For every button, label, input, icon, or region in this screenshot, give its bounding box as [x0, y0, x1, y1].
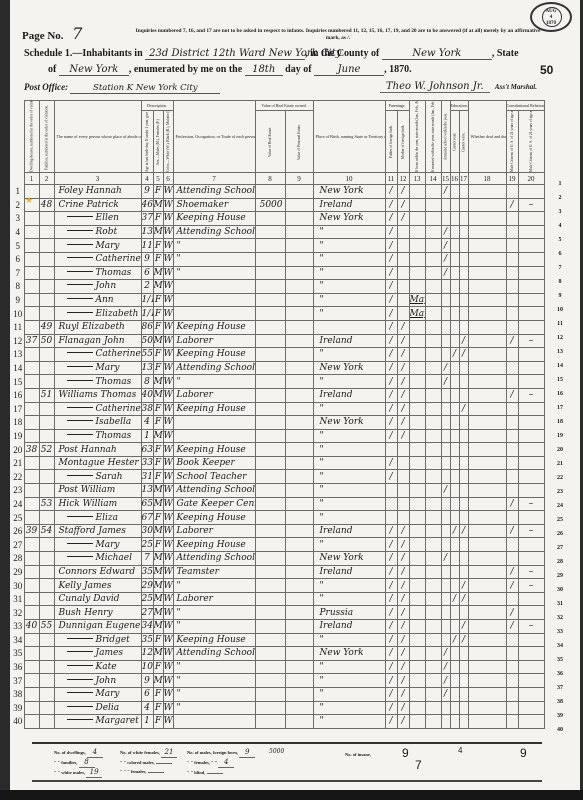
mother-foreign-cell: /: [397, 687, 409, 701]
real-estate-cell: [255, 592, 285, 606]
stamp-inner-ring: [542, 7, 562, 27]
sex-cell: M: [153, 198, 163, 212]
birthplace-cell: ": [313, 252, 385, 266]
line-number-right: 18: [554, 419, 566, 425]
vote-denied-cell: [518, 456, 544, 470]
birthplace-cell: Ireland: [313, 198, 385, 212]
real-estate-cell: [255, 647, 285, 661]
line-number: 38: [12, 687, 24, 701]
occupation-cell: Shoemaker: [173, 198, 255, 212]
day-field: 18th: [245, 64, 283, 76]
married-month-cell: [425, 416, 441, 430]
person-name: Post Hannah: [54, 443, 141, 457]
born-month-cell: [409, 416, 425, 430]
color-cell: W: [163, 402, 173, 416]
summary-col-3: No. of males, foreign born, 9 " " female…: [187, 748, 255, 777]
personal-estate-cell: [285, 620, 313, 634]
page-summary: No. of dwellings, 4 " " families, 8 " " …: [32, 742, 542, 782]
cannot-read-cell: [450, 225, 459, 239]
attended-school-cell: /: [441, 552, 450, 566]
real-estate-cell: [255, 565, 285, 579]
line-number: 5: [12, 239, 24, 253]
given-name: Isabella: [96, 417, 132, 427]
father-foreign-cell: /: [385, 375, 397, 389]
personal-estate-cell: [285, 375, 313, 389]
same-surname-dash: [67, 230, 93, 231]
father-foreign-cell: /: [385, 239, 397, 253]
male-citizen-cell: /: [506, 606, 518, 620]
vote-denied-cell: [518, 429, 544, 443]
age-cell: 4: [141, 701, 153, 715]
dwelling-number: [24, 715, 39, 729]
same-surname-dash: [67, 543, 93, 544]
col-header-12: Mother of foreign birth.: [397, 111, 409, 173]
cannot-read-cell: /: [450, 592, 459, 606]
cannot-read-cell: [450, 497, 459, 511]
col-header-10: Place of Birth, naming State or Territor…: [313, 101, 385, 173]
personal-estate-cell: [285, 524, 313, 538]
line-number: 9: [12, 293, 24, 307]
column-number: 2: [39, 173, 54, 185]
mother-foreign-cell: /: [397, 647, 409, 661]
occupation-cell: Keeping House: [173, 212, 255, 226]
personal-estate-cell: [285, 552, 313, 566]
born-month-cell: [409, 606, 425, 620]
line-number-right: 14: [554, 363, 566, 369]
disability-cell: [468, 334, 506, 348]
family-number: [39, 293, 54, 307]
surname: Williams: [59, 390, 98, 400]
cannot-read-cell: [450, 334, 459, 348]
same-surname-dash: [67, 312, 93, 313]
person-name: Isabella: [54, 416, 141, 430]
family-number: [39, 484, 54, 498]
birthplace-cell: ": [313, 456, 385, 470]
given-name: John: [96, 281, 117, 291]
male-citizen-cell: [506, 443, 518, 457]
total-col-19: 9: [520, 746, 527, 760]
person-name: Thomas: [54, 375, 141, 389]
given-name: Elizabeth: [82, 322, 125, 332]
disability-cell: [468, 307, 506, 321]
real-estate-cell: [255, 660, 285, 674]
mother-foreign-cell: /: [397, 402, 409, 416]
family-number: 52: [39, 443, 54, 457]
mother-foreign-cell: /: [397, 674, 409, 688]
census-table: Dwelling-houses, numbered in the order o…: [12, 100, 545, 729]
sex-cell: M: [153, 484, 163, 498]
line-number: 25: [12, 511, 24, 525]
male-citizen-cell: [506, 552, 518, 566]
disability-cell: [468, 633, 506, 647]
cannot-write-cell: [459, 552, 468, 566]
color-cell: W: [163, 715, 173, 729]
personal-estate-cell: [285, 497, 313, 511]
disability-cell: [468, 443, 506, 457]
person-name: Mary: [54, 538, 141, 552]
attended-school-cell: [441, 579, 450, 593]
dwelling-number: [24, 633, 39, 647]
attended-school-cell: /: [441, 484, 450, 498]
married-month-cell: [425, 212, 441, 226]
attended-school-cell: [441, 198, 450, 212]
column-number: 8: [255, 173, 285, 185]
line-number: 7: [12, 266, 24, 280]
family-number: [39, 592, 54, 606]
col-header-18: Whether deaf and dumb, blind, insane, or…: [468, 101, 506, 173]
line-number-right: 21: [554, 461, 566, 467]
birthplace-cell: ": [313, 280, 385, 294]
occupation-cell: School Teacher: [173, 470, 255, 484]
person-name: Eliza: [54, 511, 141, 525]
given-name: Delia: [96, 703, 120, 713]
column-number: 18: [468, 173, 506, 185]
col-header-14: If married within the year, state month …: [425, 101, 441, 173]
bookmark-star-icon[interactable]: ★: [25, 195, 33, 206]
occupation-cell: Book Keeper: [173, 456, 255, 470]
column-number: 11: [385, 173, 397, 185]
male-citizen-cell: /: [506, 565, 518, 579]
line-number-right: 20: [554, 447, 566, 453]
personal-estate-cell: [285, 416, 313, 430]
line-number-right: 2: [554, 195, 566, 201]
family-number: 51: [39, 388, 54, 402]
census-row: 15Thomas8MW""///: [12, 375, 544, 389]
total-col-12: 7: [415, 758, 422, 772]
line-number-right: 38: [554, 699, 566, 705]
real-estate-cell: [255, 552, 285, 566]
line-number-right: 31: [554, 601, 566, 607]
male-citizen-cell: [506, 320, 518, 334]
birthplace-cell: ": [313, 687, 385, 701]
family-number: [39, 565, 54, 579]
male-citizen-cell: /: [506, 334, 518, 348]
person-name: Dunnigan Eugene: [54, 620, 141, 634]
occupation-cell: ": [173, 606, 255, 620]
born-month-cell: [409, 388, 425, 402]
father-foreign-cell: /: [385, 660, 397, 674]
sex-cell: F: [153, 185, 163, 199]
dwelling-number: [24, 701, 39, 715]
family-number: [39, 225, 54, 239]
born-month-cell: [409, 334, 425, 348]
age-cell: 46: [141, 198, 153, 212]
age-cell: 67: [141, 511, 153, 525]
age-cell: 34: [141, 620, 153, 634]
father-foreign-cell: /: [385, 388, 397, 402]
age-cell: 31: [141, 470, 153, 484]
attended-school-cell: /: [441, 266, 450, 280]
occupation-cell: Attending School: [173, 484, 255, 498]
cannot-read-cell: /: [450, 348, 459, 362]
color-cell: W: [163, 307, 173, 321]
line-number-right: 4: [554, 223, 566, 229]
dwellings-count: 4: [87, 748, 103, 758]
dwelling-number: 39: [24, 524, 39, 538]
same-surname-dash: [67, 665, 93, 666]
real-estate-cell: [255, 511, 285, 525]
attended-school-cell: [441, 334, 450, 348]
line-number-right: 7: [554, 265, 566, 271]
attended-school-cell: [441, 715, 450, 729]
attended-school-cell: /: [441, 674, 450, 688]
column-number: 12: [397, 173, 409, 185]
attended-school-cell: /: [441, 252, 450, 266]
cannot-read-cell: [450, 552, 459, 566]
person-name: Ann: [54, 293, 141, 307]
born-month-cell: [409, 443, 425, 457]
vote-denied-cell: [518, 687, 544, 701]
born-month-cell: [409, 620, 425, 634]
sex-cell: M: [153, 497, 163, 511]
disability-cell: [468, 647, 506, 661]
birthplace-cell: ": [313, 443, 385, 457]
post-office-line: Post Office: Station K New York City: [24, 82, 220, 94]
married-month-cell: [425, 470, 441, 484]
column-number: 4: [141, 173, 153, 185]
sex-cell: F: [153, 511, 163, 525]
father-foreign-cell: /: [385, 212, 397, 226]
vote-denied-cell: [518, 715, 544, 729]
disability-cell: [468, 674, 506, 688]
male-citizen-cell: [506, 239, 518, 253]
line-number-right: 16: [554, 391, 566, 397]
personal-estate-cell: [285, 348, 313, 362]
disability-cell: [468, 456, 506, 470]
vote-denied-cell: –: [518, 620, 544, 634]
married-month-cell: [425, 456, 441, 470]
occupation-cell: ": [173, 252, 255, 266]
dwelling-number: [24, 470, 39, 484]
cannot-write-cell: [459, 266, 468, 280]
mother-foreign-cell: [397, 280, 409, 294]
occupation-cell: Attending School: [173, 552, 255, 566]
person-name: Foley Hannah: [54, 185, 141, 199]
occupation-cell: Attending School: [173, 185, 255, 199]
mother-foreign-cell: /: [397, 334, 409, 348]
mother-foreign-cell: [397, 497, 409, 511]
cannot-read-cell: [450, 252, 459, 266]
cannot-read-cell: [450, 320, 459, 334]
column-number: 10: [313, 173, 385, 185]
vote-denied-cell: –: [518, 334, 544, 348]
age-cell: 63: [141, 443, 153, 457]
family-number: 55: [39, 620, 54, 634]
cannot-read-cell: [450, 701, 459, 715]
birthplace-cell: Ireland: [313, 334, 385, 348]
born-month-cell: [409, 701, 425, 715]
father-foreign-cell: /: [385, 620, 397, 634]
col-header-5: Sex.—Males (M.), Females (F.): [153, 111, 163, 173]
census-row: 22Sarah31FWSchool Teacher"/: [12, 470, 544, 484]
disability-cell: [468, 592, 506, 606]
census-row: 25Eliza67FWKeeping House": [12, 511, 544, 525]
given-name: Hannah: [86, 186, 122, 196]
male-citizen-cell: [506, 701, 518, 715]
color-cell: W: [163, 484, 173, 498]
cannot-write-cell: [459, 456, 468, 470]
sex-cell: F: [153, 633, 163, 647]
cannot-write-cell: [459, 198, 468, 212]
census-row: 9Ann1/12FW"/May: [12, 293, 544, 307]
personal-estate-cell: [285, 388, 313, 402]
birthplace-cell: ": [313, 511, 385, 525]
schedule-line: Schedule 1.—Inhabitants in 23d District …: [24, 48, 519, 60]
married-month-cell: [425, 280, 441, 294]
real-estate-cell: [255, 484, 285, 498]
line-number-right: 24: [554, 503, 566, 509]
disability-cell: [468, 484, 506, 498]
cannot-read-cell: [450, 307, 459, 321]
person-name: Stafford James: [54, 524, 141, 538]
col-header-8: Value of Real Estate.: [255, 111, 285, 173]
mother-foreign-cell: /: [397, 701, 409, 715]
line-number: 16: [12, 388, 24, 402]
vote-denied-cell: [518, 674, 544, 688]
vote-denied-cell: [518, 484, 544, 498]
surname: Dunnigan: [59, 621, 103, 631]
census-row: 19Thomas1MW"//: [12, 429, 544, 443]
census-row: 38Mary6FW""///: [12, 687, 544, 701]
father-foreign-cell: /: [385, 361, 397, 375]
cannot-write-cell: [459, 538, 468, 552]
cannot-read-cell: [450, 266, 459, 280]
mother-foreign-cell: /: [397, 592, 409, 606]
married-month-cell: [425, 484, 441, 498]
married-month-cell: [425, 511, 441, 525]
male-citizen-cell: /: [506, 497, 518, 511]
cannot-write-cell: /: [459, 592, 468, 606]
age-cell: 1: [141, 715, 153, 729]
family-number: [39, 348, 54, 362]
married-month-cell: [425, 538, 441, 552]
family-number: [39, 606, 54, 620]
given-name: William: [83, 499, 118, 509]
family-number: [39, 402, 54, 416]
line-number: 11: [12, 320, 24, 334]
cannot-write-cell: [459, 293, 468, 307]
vote-denied-cell: [518, 647, 544, 661]
personal-estate-cell: [285, 579, 313, 593]
disability-cell: [468, 361, 506, 375]
mother-foreign-cell: [397, 511, 409, 525]
family-number: [39, 185, 54, 199]
vote-denied-cell: [518, 511, 544, 525]
person-name: Montague Hester: [54, 456, 141, 470]
family-number: [39, 470, 54, 484]
sex-cell: M: [153, 388, 163, 402]
birthplace-cell: ": [313, 293, 385, 307]
age-cell: 25: [141, 538, 153, 552]
occupation-cell: ": [173, 701, 255, 715]
age-cell: 6: [141, 687, 153, 701]
person-name: Catherine: [54, 348, 141, 362]
sex-cell: F: [153, 715, 163, 729]
color-cell: W: [163, 620, 173, 634]
scan-bottom-border: [0, 790, 583, 800]
line-number: 12: [12, 334, 24, 348]
line-number: 20: [12, 443, 24, 457]
attended-school-cell: [441, 497, 450, 511]
sex-cell: M: [153, 266, 163, 280]
sheet-number: 50: [540, 63, 553, 77]
cannot-write-cell: [459, 212, 468, 226]
disability-cell: [468, 266, 506, 280]
column-number: 19: [506, 173, 518, 185]
color-cell: W: [163, 470, 173, 484]
born-month-cell: [409, 225, 425, 239]
given-name: Michael: [96, 553, 133, 563]
occupation-cell: ": [173, 375, 255, 389]
male-citizen-cell: [506, 687, 518, 701]
male-citizen-cell: [506, 280, 518, 294]
vote-denied-cell: [518, 252, 544, 266]
same-surname-dash: [67, 366, 93, 367]
married-month-cell: [425, 348, 441, 362]
father-foreign-cell: [385, 484, 397, 498]
census-row: 248Crine Patrick46MWShoemaker5000Ireland…: [12, 198, 544, 212]
father-foreign-cell: /: [385, 552, 397, 566]
attended-school-cell: /: [441, 375, 450, 389]
cannot-read-cell: [450, 687, 459, 701]
line-number: 39: [12, 701, 24, 715]
cannot-write-cell: [459, 715, 468, 729]
cannot-read-cell: [450, 388, 459, 402]
disability-cell: [468, 511, 506, 525]
disability-cell: [468, 606, 506, 620]
color-cell: W: [163, 497, 173, 511]
disability-cell: [468, 538, 506, 552]
color-cell: W: [163, 538, 173, 552]
sex-cell: M: [153, 429, 163, 443]
personal-estate-cell: [285, 715, 313, 729]
column-number-row: 1234567891011121314151617181920: [12, 173, 544, 185]
married-month-cell: [425, 660, 441, 674]
vote-denied-cell: –: [518, 388, 544, 402]
attended-school-cell: [441, 470, 450, 484]
personal-estate-cell: [285, 198, 313, 212]
page-number: Page No. 7: [22, 24, 82, 43]
dwelling-number: [24, 388, 39, 402]
color-cell: W: [163, 579, 173, 593]
mother-foreign-cell: [397, 252, 409, 266]
same-surname-dash: [67, 271, 93, 272]
sex-cell: M: [153, 280, 163, 294]
born-month-cell: [409, 687, 425, 701]
person-name: Sarah: [54, 470, 141, 484]
family-number: [39, 660, 54, 674]
disability-cell: [468, 620, 506, 634]
occupation-cell: [173, 307, 255, 321]
vote-denied-cell: [518, 402, 544, 416]
occupation-cell: Teamster: [173, 565, 255, 579]
male-citizen-cell: [506, 293, 518, 307]
age-cell: 40: [141, 388, 153, 402]
age-cell: 37: [141, 212, 153, 226]
real-estate-cell: [255, 225, 285, 239]
family-number: [39, 538, 54, 552]
attended-school-cell: [441, 388, 450, 402]
real-estate-cell: [255, 470, 285, 484]
group-parentage: Parentage.: [385, 101, 409, 111]
dwelling-number: [24, 484, 39, 498]
attended-school-cell: [441, 456, 450, 470]
vote-denied-cell: –: [518, 198, 544, 212]
attended-school-cell: [441, 320, 450, 334]
occupation-cell: ": [173, 660, 255, 674]
vote-denied-cell: –: [518, 524, 544, 538]
father-foreign-cell: /: [385, 293, 397, 307]
